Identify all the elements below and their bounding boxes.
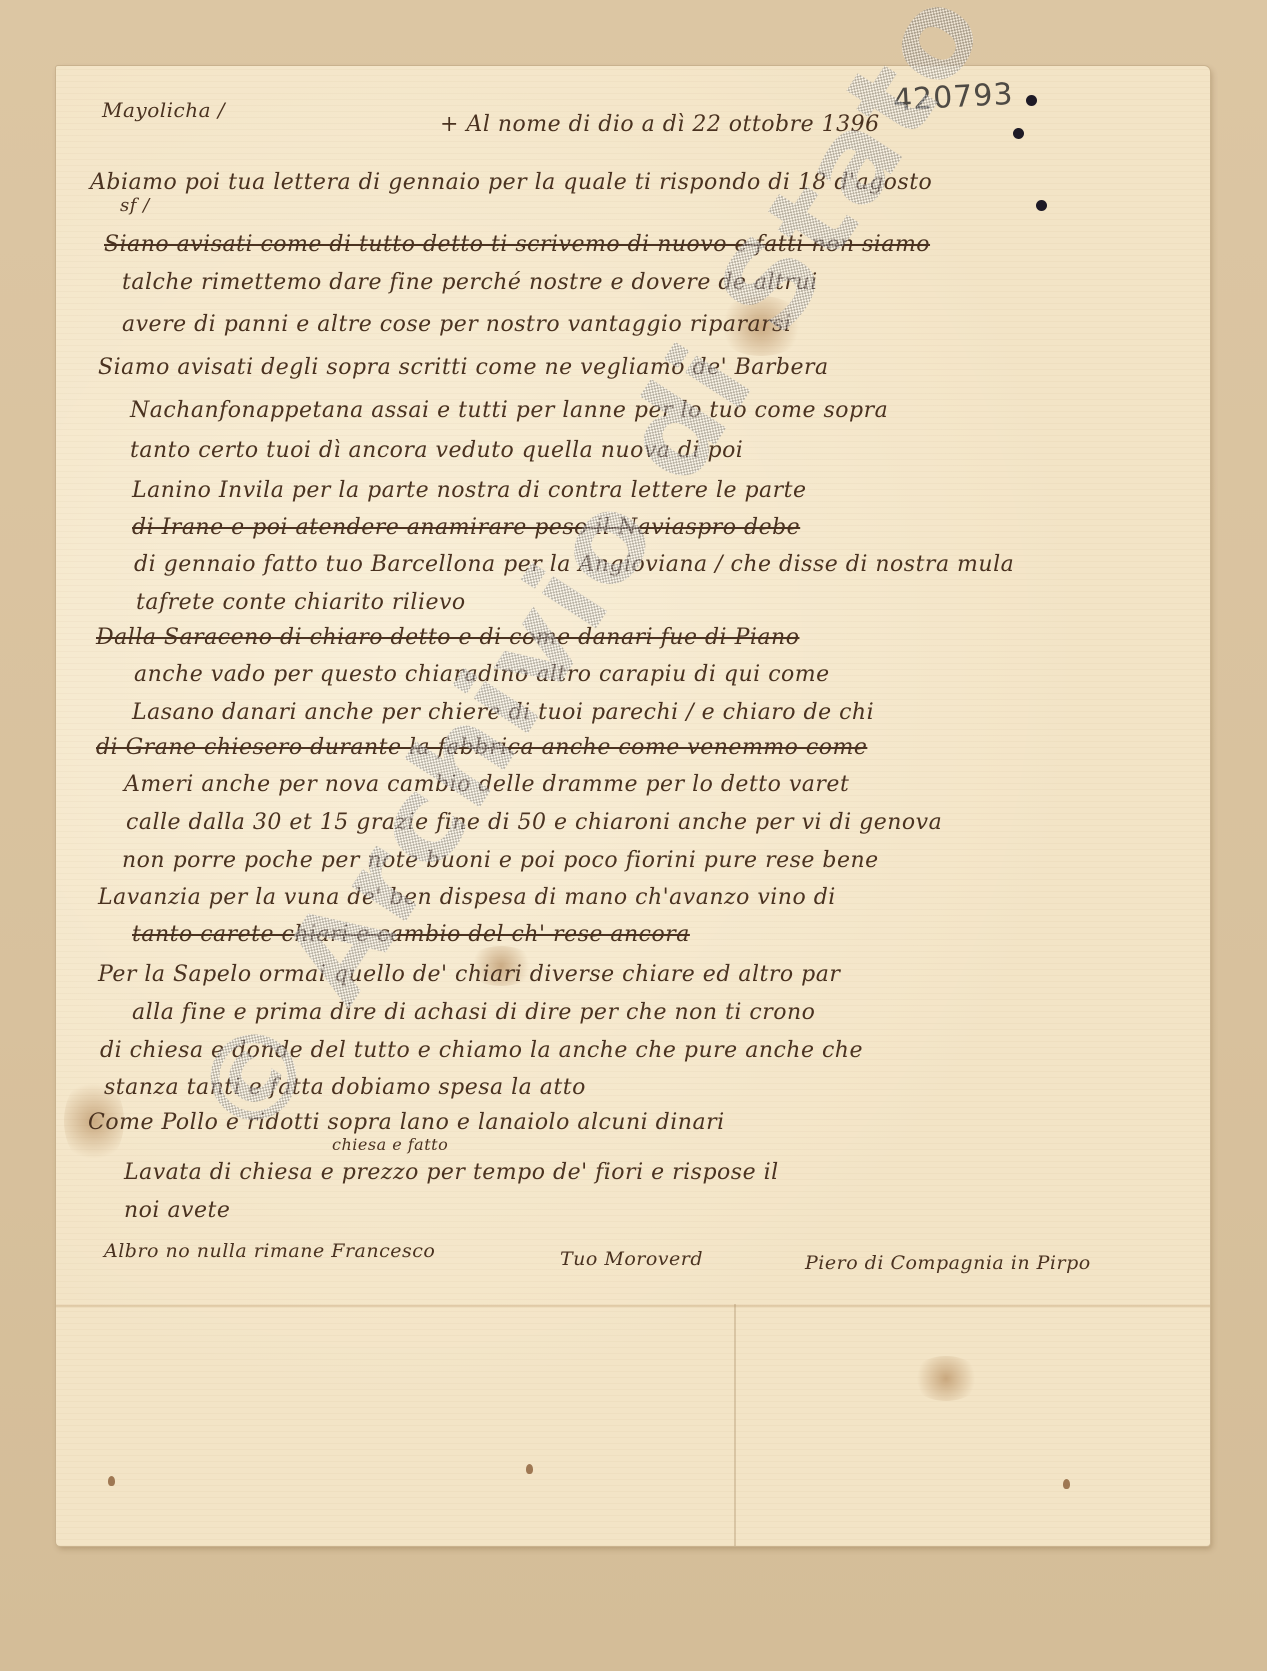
ink-dot (1026, 95, 1037, 106)
text-line: calle dalla 30 et 15 grazie fine di 50 e… (126, 810, 942, 835)
text-line: Lavata di chiesa e prezzo per tempo de' … (124, 1160, 779, 1185)
text-line: Per la Sapelo ormai quello de' chiari di… (98, 962, 840, 987)
signature: Piero di Compagnia in Pirpo (805, 1252, 1091, 1274)
text-line: sf / (120, 195, 150, 216)
ink-dot (1013, 128, 1024, 139)
text-line: Dalla Saraceno di chiaro detto e di come… (96, 625, 799, 650)
text-line: noi avete (124, 1198, 230, 1223)
text-line: tafrete conte chiarito rilievo (136, 590, 466, 615)
worm-hole (108, 1476, 115, 1486)
vertical-fold-line (734, 1304, 736, 1546)
header-addressee: Mayolicha / (102, 98, 225, 122)
water-stain (911, 1356, 981, 1401)
text-line: Come Pollo e ridotti sopra lano e lanaio… (88, 1110, 725, 1135)
text-line: non porre poche per note buoni e poi poc… (122, 848, 879, 873)
signature: Tuo Moroverd (560, 1248, 703, 1270)
worm-hole (526, 1464, 533, 1474)
horizontal-fold-line (56, 1304, 1210, 1308)
signature: Albro no nulla rimane Francesco (104, 1240, 435, 1262)
worm-hole (1063, 1479, 1070, 1489)
ink-dot (1036, 200, 1047, 211)
text-line: Lavanzia per la vuna de' ben dispesa di … (98, 885, 836, 910)
interlinear-note: chiesa e fatto (332, 1135, 448, 1154)
